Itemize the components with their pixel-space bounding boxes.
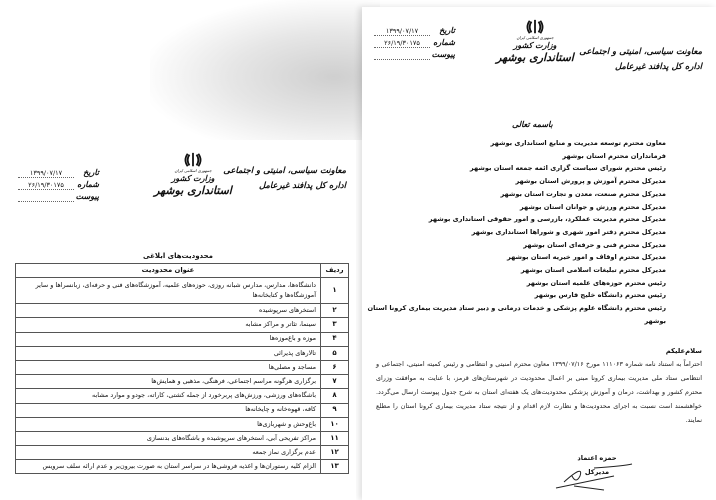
deputy-name: معاونت سیاسی، امنیتی و اجتماعی: [579, 45, 702, 60]
number-label: شماره: [77, 179, 99, 191]
table-row: ۱دانشگاه‌ها، مدارس، مدارس شبانه روزی، حو…: [16, 278, 349, 304]
recipient: رئیس محترم دانشگاه خلیج فارس بوشهر: [366, 289, 666, 302]
recipient: مدیرکل محترم فنی و حرفه‌ای استان بوشهر: [366, 239, 666, 252]
attachment-label: پیوست: [433, 49, 455, 61]
restriction-text: مساجد و مصلی‌ها: [16, 360, 321, 374]
row-number: ۳: [321, 318, 349, 332]
number-label: شماره: [433, 37, 455, 49]
ministry-label: وزارت کشور: [148, 174, 238, 184]
recipient: رئیس محترم حوزه‌های علمیه استان بوشهر: [366, 277, 666, 290]
letter-meta: تاریخ ۱۳۹۹/۰۷/۱۷ شماره ۲۶/۱۹/۳۰۱۷۵ پیوست: [18, 167, 99, 203]
table-row: ۸باشگاه‌های ورزشی، ورزش‌های پربرخورد از …: [16, 389, 349, 403]
signature-scribble-icon: [554, 462, 634, 492]
attachment-row: پیوست: [18, 191, 99, 203]
signer-name: حمزه اعتماد: [562, 454, 632, 462]
restriction-text: برگزاری هرگونه مراسم اجتماعی، فرهنگی، مذ…: [16, 375, 321, 389]
row-number: ۲: [321, 304, 349, 318]
office-name: اداره کل پدافند غیرعامل: [579, 60, 702, 75]
ministry-label: وزارت کشور: [490, 41, 580, 51]
table-row: ۵تالارهای پذیرائی: [16, 346, 349, 360]
main-letter-page: معاونت سیاسی، امنیتی و اجتماعی اداره کل …: [362, 7, 716, 500]
table-row: ۱۲عدم برگزاری نماز جمعه: [16, 446, 349, 460]
row-number: ۱: [321, 278, 349, 304]
row-number: ۱۱: [321, 431, 349, 445]
recipient: رئیس محترم دانشگاه علوم پزشکی و خدمات در…: [366, 302, 666, 327]
recipient-list: معاون محترم توسعه مدیریت و منابع استاندا…: [366, 137, 666, 328]
number-value: ۲۶/۱۹/۳۰۱۷۵: [18, 180, 74, 190]
recipient: مدیرکل محترم آموزش و پرورش استان بوشهر: [366, 175, 666, 188]
deputy-name: معاونت سیاسی، امنیتی و اجتماعی: [223, 164, 346, 179]
row-number: ۶: [321, 360, 349, 374]
date-label: تاریخ: [77, 167, 99, 179]
restriction-text: عدم برگزاری نماز جمعه: [16, 446, 321, 460]
table-header-row: ردیف عنوان محدودیت: [16, 264, 349, 278]
attachment-value: [374, 50, 430, 60]
iran-emblem-block: جمهوری اسلامی ایران وزارت کشور استانداری…: [148, 152, 238, 198]
table-row: ۶مساجد و مصلی‌ها: [16, 360, 349, 374]
table-row: ۴موزه و باغ‌موزه‌ها: [16, 332, 349, 346]
table-row: ۱۱مراکز تفریحی آبی، استخرهای سرپوشیده و …: [16, 431, 349, 445]
restriction-text: الزام کلیه رستوران‌ها و اغذیه فروشی‌ها د…: [16, 460, 321, 474]
recipient: مدیرکل محترم مدیریت عملکرد، بازرسی و امو…: [366, 213, 666, 226]
department-header: معاونت سیاسی، امنیتی و اجتماعی اداره کل …: [223, 164, 346, 194]
invocation: باسمه تعالی: [512, 120, 553, 129]
recipient: مدیرکل محترم اوقاف و امور خیریه استان بو…: [366, 251, 666, 264]
attachment-value: [18, 192, 74, 202]
table-row: ۳سینما، تئاتر و مراکز مشابه: [16, 318, 349, 332]
recipient: رئیس محترم شورای سیاست گزاری ائمه جمعه ا…: [366, 162, 666, 175]
number-row: شماره ۲۶/۱۹/۳۰۱۷۵: [18, 179, 99, 191]
restriction-text: سینما، تئاتر و مراکز مشابه: [16, 318, 321, 332]
signature-block: حمزه اعتماد مدیرکل: [562, 454, 632, 476]
date-value: ۱۳۹۹/۰۷/۱۷: [374, 26, 430, 36]
recipient: مدیرکل محترم ورزش و جوانان استان بوشهر: [366, 201, 666, 214]
restriction-text: مراکز تفریحی آبی، استخرهای سرپوشیده و با…: [16, 431, 321, 445]
restriction-text: باشگاه‌های ورزشی، ورزش‌های پربرخورد از ج…: [16, 389, 321, 403]
restriction-text: موزه و باغ‌موزه‌ها: [16, 332, 321, 346]
attachment-label: پیوست: [77, 191, 99, 203]
letter-meta: تاریخ ۱۳۹۹/۰۷/۱۷ شماره ۲۶/۱۹/۳۰۱۷۵ پیوست: [374, 25, 455, 61]
restriction-text: استخرهای سرپوشیده: [16, 304, 321, 318]
restriction-text: تالارهای پذیرائی: [16, 346, 321, 360]
row-number: ۷: [321, 375, 349, 389]
background-shadow: [150, 0, 380, 140]
column-header-row-number: ردیف: [321, 264, 349, 278]
restriction-text: کافه، قهوه‌خانه و چایخانه‌ها: [16, 403, 321, 417]
column-header-restriction-title: عنوان محدودیت: [16, 264, 321, 278]
letter-body: احتراماً به استناد نامه شماره ۱۱۱۰۶۳ مور…: [376, 357, 702, 427]
date-row: تاریخ ۱۳۹۹/۰۷/۱۷: [18, 167, 99, 179]
recipient: مدیرکل محترم دفتر امور شهری و شوراها است…: [366, 226, 666, 239]
salutation: سلام‌علیکم: [666, 347, 702, 355]
recipient: مدیرکل محترم صنعت، معدن و تجارت استان بو…: [366, 188, 666, 201]
row-number: ۴: [321, 332, 349, 346]
table-row: ۷برگزاری هرگونه مراسم اجتماعی، فرهنگی، م…: [16, 375, 349, 389]
table-row: ۱۰باغ‌وحش و شهربازی‌ها: [16, 417, 349, 431]
recipient: فرمانداران محترم استان بوشهر: [366, 150, 666, 163]
restriction-text: دانشگاه‌ها، مدارس، مدارس شبانه روزی، حوز…: [16, 278, 321, 304]
date-label: تاریخ: [433, 25, 455, 37]
table-row: ۱۳الزام کلیه رستوران‌ها و اغذیه فروشی‌ها…: [16, 460, 349, 474]
row-number: ۹: [321, 403, 349, 417]
row-number: ۱۳: [321, 460, 349, 474]
recipient: مدیرکل محترم تبلیغات اسلامی استان بوشهر: [366, 264, 666, 277]
date-row: تاریخ ۱۳۹۹/۰۷/۱۷: [374, 25, 455, 37]
governorate-label: استانداری بوشهر: [490, 51, 580, 65]
row-number: ۵: [321, 346, 349, 360]
iran-emblem-block: جمهوری اسلامی ایران وزارت کشور استانداری…: [490, 19, 580, 65]
table-row: ۹کافه، قهوه‌خانه و چایخانه‌ها: [16, 403, 349, 417]
governorate-label: استانداری بوشهر: [148, 184, 238, 198]
department-header: معاونت سیاسی، امنیتی و اجتماعی اداره کل …: [579, 45, 702, 75]
date-value: ۱۳۹۹/۰۷/۱۷: [18, 168, 74, 178]
number-value: ۲۶/۱۹/۳۰۱۷۵: [374, 38, 430, 48]
table-title: محدودیت‌های ابلاغی: [0, 252, 356, 260]
attachment-row: پیوست: [374, 49, 455, 61]
restrictions-table: ردیف عنوان محدودیت ۱دانشگاه‌ها، مدارس، م…: [15, 263, 349, 474]
iran-emblem-icon: [184, 152, 202, 168]
attachment-page: معاونت سیاسی، امنیتی و اجتماعی اداره کل …: [0, 140, 356, 500]
iran-emblem-icon: [526, 19, 544, 35]
office-name: اداره کل پدافند غیرعامل: [223, 179, 346, 194]
recipient: معاون محترم توسعه مدیریت و منابع استاندا…: [366, 137, 666, 150]
row-number: ۸: [321, 389, 349, 403]
row-number: ۱۲: [321, 446, 349, 460]
number-row: شماره ۲۶/۱۹/۳۰۱۷۵: [374, 37, 455, 49]
row-number: ۱۰: [321, 417, 349, 431]
restriction-text: باغ‌وحش و شهربازی‌ها: [16, 417, 321, 431]
table-row: ۲استخرهای سرپوشیده: [16, 304, 349, 318]
